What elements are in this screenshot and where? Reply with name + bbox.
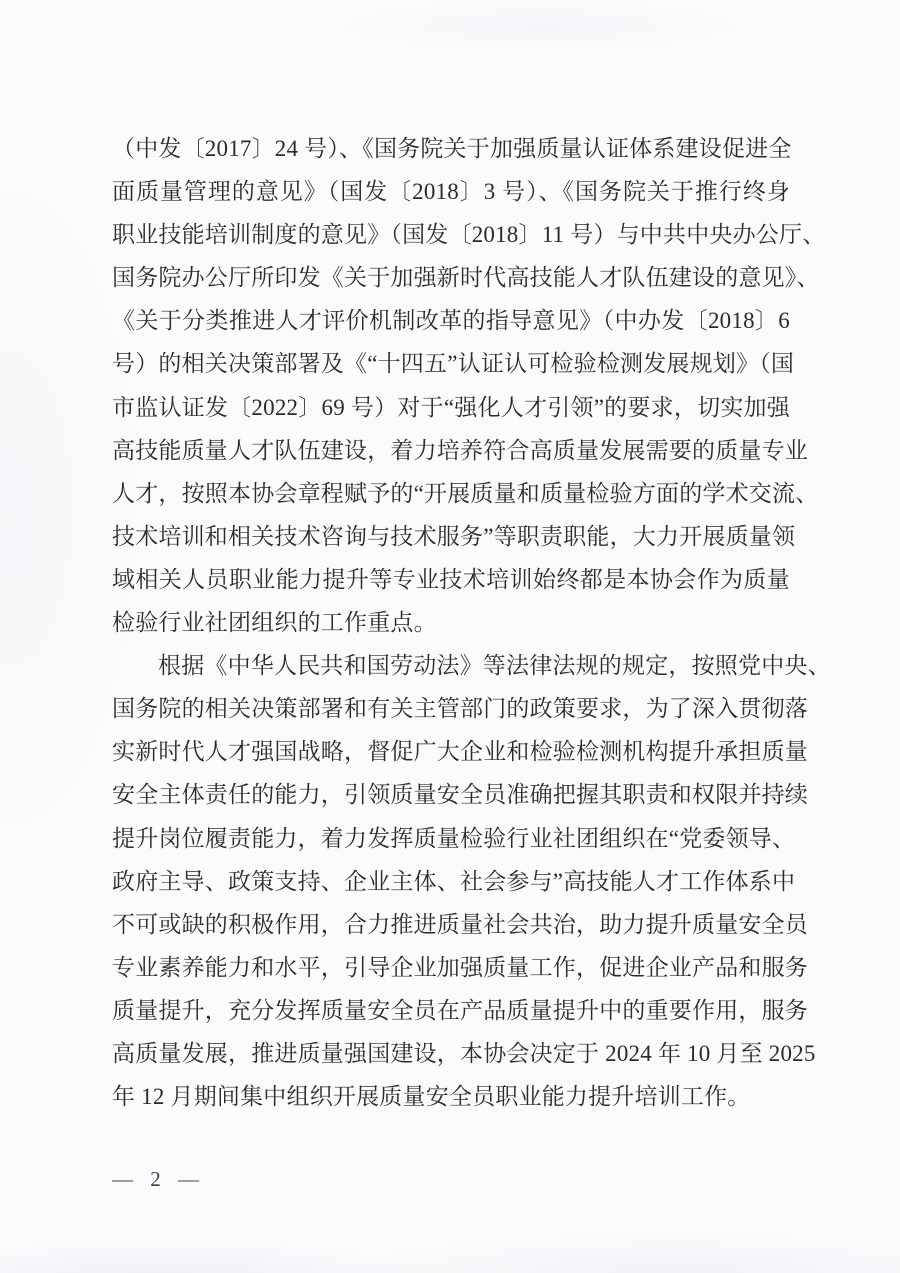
text-line: 面质量管理的意见》（国发〔2018〕3 号）、《国务院关于推行终身: [112, 170, 790, 213]
text-line: 不可或缺的积极作用，合力推进质量社会共治，助力提升质量安全员: [112, 903, 790, 946]
text-line: 检验行业社团组织的工作重点。: [112, 601, 790, 644]
page-number: — 2 —: [112, 1164, 205, 1194]
text-line: 提升岗位履责能力，着力发挥质量检验行业社团组织在“党委领导、: [112, 817, 790, 860]
text-line: 职业技能培训制度的意见》（国发〔2018〕11 号）与中共中央办公厅、: [112, 213, 790, 256]
text-line: （中发〔2017〕24 号）、《国务院关于加强质量认证体系建设促进全: [112, 127, 790, 170]
text-line: 政府主导、政策支持、企业主体、社会参与”高技能人才工作体系中: [112, 860, 790, 903]
text-line: 技术培训和相关技术咨询与技术服务”等职责职能，大力开展质量领: [112, 515, 790, 558]
text-line: 市监认证发〔2022〕69 号）对于“强化人才引领”的要求，切实加强: [112, 386, 790, 429]
text-line: 根据《中华人民共和国劳动法》等法律法规的规定，按照党中央、: [112, 644, 790, 687]
text-line: 实新时代人才强国战略，督促广大企业和检验检测机构提升承担质量: [112, 730, 790, 773]
text-line: 人才，按照本协会章程赋予的“开展质量和质量检验方面的学术交流、: [112, 472, 790, 515]
text-line: 高技能质量人才队伍建设，着力培养符合高质量发展需要的质量专业: [112, 429, 790, 472]
document-body: （中发〔2017〕24 号）、《国务院关于加强质量认证体系建设促进全面质量管理的…: [112, 127, 790, 1118]
text-line: 域相关人员职业能力提升等专业技术培训始终都是本协会作为质量: [112, 558, 790, 601]
text-line: 国务院的相关决策部署和有关主管部门的政策要求，为了深入贯彻落: [112, 687, 790, 730]
text-line: 国务院办公厅所印发《关于加强新时代高技能人才队伍建设的意见》、: [112, 256, 790, 299]
text-line: 年 12 月期间集中组织开展质量安全员职业能力提升培训工作。: [112, 1075, 790, 1118]
text-line: 《关于分类推进人才评价机制改革的指导意见》（中办发〔2018〕6: [112, 299, 790, 342]
document-page: （中发〔2017〕24 号）、《国务院关于加强质量认证体系建设促进全面质量管理的…: [0, 0, 900, 1273]
text-line: 质量提升，充分发挥质量安全员在产品质量提升中的重要作用，服务: [112, 989, 790, 1032]
paragraph-1: （中发〔2017〕24 号）、《国务院关于加强质量认证体系建设促进全面质量管理的…: [112, 127, 790, 644]
text-line: 高质量发展，推进质量强国建设，本协会决定于 2024 年 10 月至 2025: [112, 1032, 790, 1075]
text-line: 号）的相关决策部署及《“十四五”认证认可检验检测发展规划》（国: [112, 342, 790, 385]
text-line: 安全主体责任的能力，引领质量安全员准确把握其职责和权限并持续: [112, 773, 790, 816]
paragraph-2: 根据《中华人民共和国劳动法》等法律法规的规定，按照党中央、国务院的相关决策部署和…: [112, 644, 790, 1118]
text-line: 专业素养能力和水平，引导企业加强质量工作，促进企业产品和服务: [112, 946, 790, 989]
